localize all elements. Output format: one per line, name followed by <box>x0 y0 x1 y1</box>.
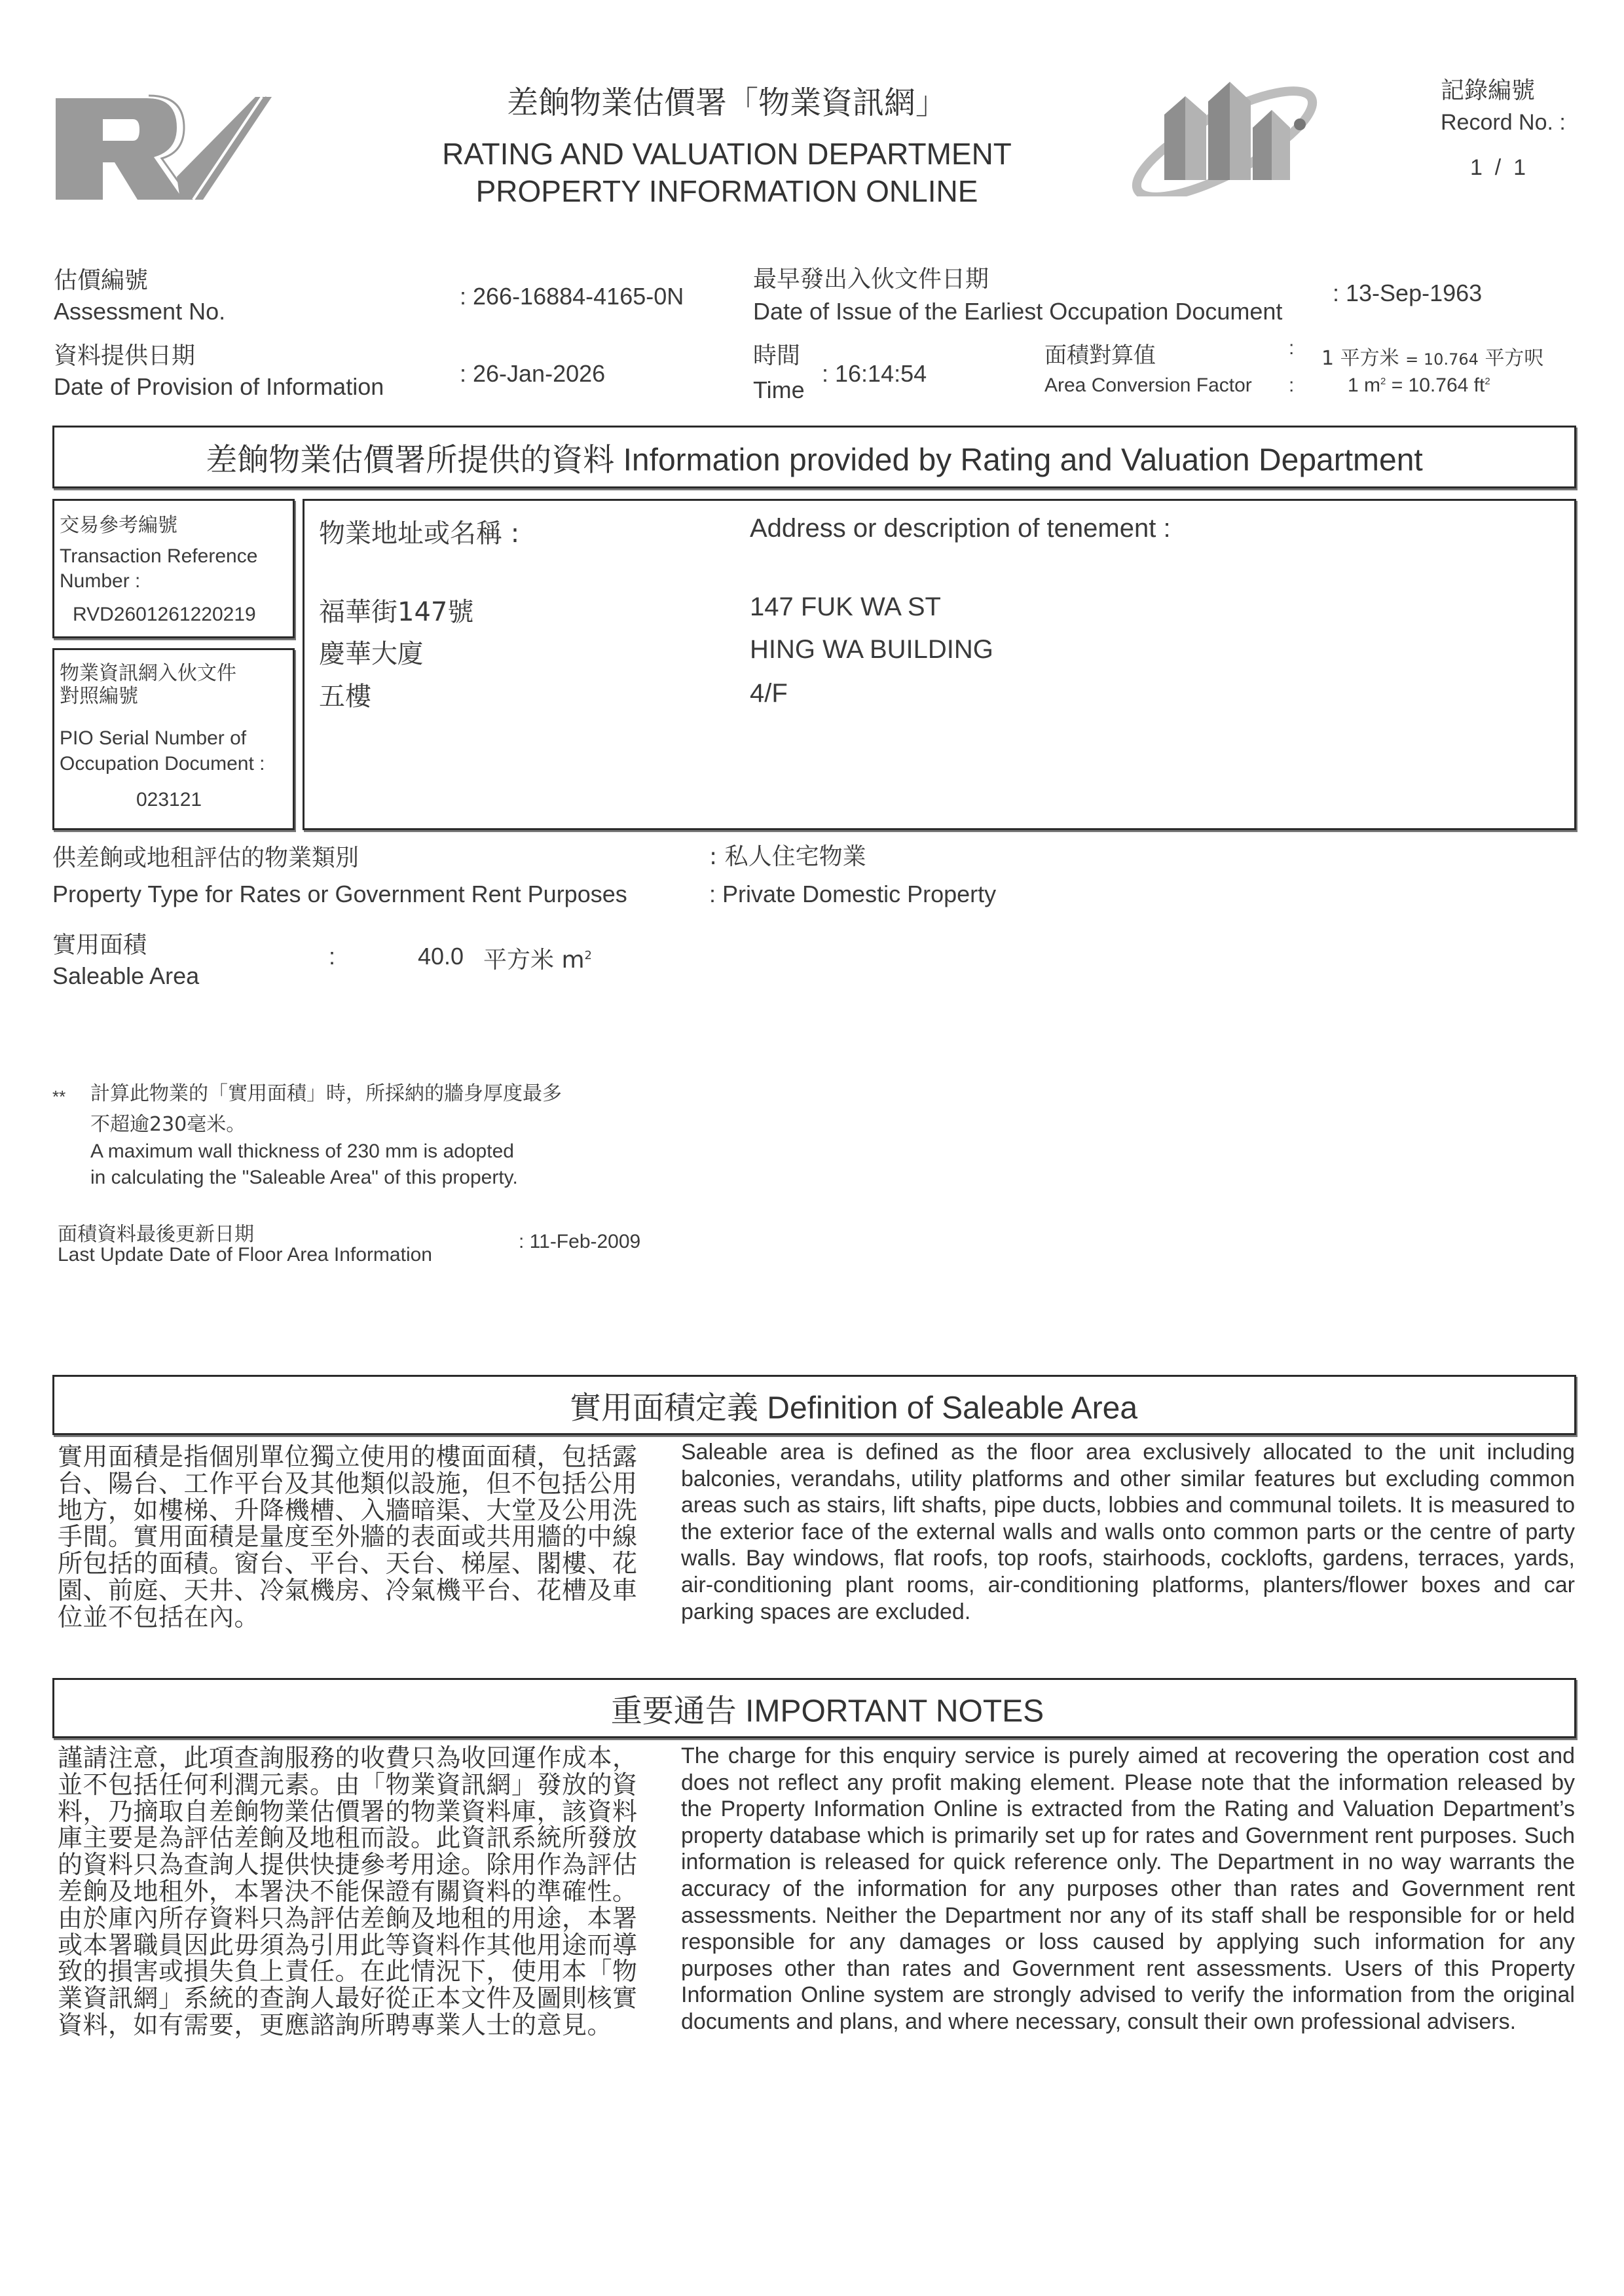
transaction-ref-label-1: Transaction Reference <box>60 545 257 568</box>
property-type-label: Property Type for Rates or Government Re… <box>52 881 627 908</box>
pio-serial-label-cn-2: 對照編號 <box>60 680 138 708</box>
saleable-area-label: Saleable Area <box>52 962 199 990</box>
earliest-occupation-value: : 13-Sep-1963 <box>1333 280 1482 307</box>
assessment-no-label-cn: 估價編號 <box>54 262 148 295</box>
area-conversion-value-cn: 1 平方米 = 10.764 平方呎 <box>1321 342 1543 371</box>
record-label: Record No. : <box>1441 110 1566 136</box>
definition-header: 實用面積定義 Definition of Saleable Area <box>52 1375 1576 1435</box>
area-conversion-value: 1 m2 = 10.764 ft2 <box>1348 374 1490 397</box>
property-type-label-cn: 供差餉或地租評估的物業類別 <box>52 839 359 873</box>
address-label-cn: 物業地址或名稱 : <box>319 513 519 550</box>
title-system: PROPERTY INFORMATION ONLINE <box>341 173 1113 209</box>
important-notes-title: 重要通告 IMPORTANT NOTES <box>54 1686 1574 1731</box>
last-update-value: : 11-Feb-2009 <box>519 1231 640 1253</box>
info-section-header: 差餉物業估價署所提供的資料 Information provided by Ra… <box>52 426 1576 488</box>
pio-serial-label-2: Occupation Document : <box>60 753 265 775</box>
area-conversion-colon-2: : <box>1289 374 1294 397</box>
area-conversion-label-cn: 面積對算值 <box>1044 337 1156 369</box>
last-update-label: Last Update Date of Floor Area Informati… <box>58 1244 432 1266</box>
saleable-area-value: 40.0 <box>418 943 464 970</box>
pio-serial-value: 023121 <box>136 789 202 811</box>
record-label-chinese: 記錄編號 <box>1441 72 1535 105</box>
address-line: HING WA BUILDING <box>750 635 993 665</box>
saleable-area-colon: : <box>329 943 335 970</box>
assessment-no-value: : 266-16884-4165-0N <box>460 283 684 310</box>
date-provision-label-cn: 資料提供日期 <box>54 337 195 371</box>
address-box: 物業地址或名稱 : Address or description of tene… <box>303 499 1576 830</box>
wall-note-en-line2: in calculating the "Saleable Area" of th… <box>90 1167 518 1189</box>
transaction-ref-value: RVD2601261220219 <box>73 604 256 626</box>
property-information-online-logo <box>1126 72 1323 196</box>
last-update-label-cn: 面積資料最後更新日期 <box>58 1218 254 1247</box>
time-value: : 16:14:54 <box>822 360 927 388</box>
time-label-cn: 時間 <box>753 337 800 371</box>
date-provision-value: : 26-Jan-2026 <box>460 360 605 388</box>
address-line-cn: 五樓 <box>319 676 371 713</box>
pio-serial-label-1: PIO Serial Number of <box>60 727 246 750</box>
wall-note-en-line1: A maximum wall thickness of 230 mm is ad… <box>90 1140 514 1163</box>
area-conversion-label: Area Conversion Factor <box>1044 374 1252 397</box>
title-chinese: 差餉物業估價署「物業資訊網」 <box>341 77 1113 122</box>
address-line-cn: 福華街147號 <box>319 591 473 629</box>
saleable-area-label-cn: 實用面積 <box>52 926 147 960</box>
address-line: 147 FUK WA ST <box>750 592 941 622</box>
area-conversion-colon-1: : <box>1289 337 1294 359</box>
definition-text-cn: 實用面積是指個別單位獨立使用的樓面面積，包括露台、陽台、工作平台及其他類似設施，… <box>58 1444 654 1631</box>
definition-text: Saleable area is defined as the floor ar… <box>681 1439 1575 1625</box>
address-line-cn: 慶華大廈 <box>319 633 424 670</box>
transaction-ref-label-2: Number : <box>60 570 140 592</box>
address-label: Address or description of tenement : <box>750 514 1171 543</box>
pio-serial-box: 物業資訊網入伙文件 對照編號 PIO Serial Number of Occu… <box>52 648 295 830</box>
date-provision-label: Date of Provision of Information <box>54 373 384 401</box>
assessment-no-label: Assessment No. <box>54 298 225 325</box>
earliest-occupation-label: Date of Issue of the Earliest Occupation… <box>753 298 1282 325</box>
important-notes-text-cn: 謹請注意，此項查詢服務的收費只為收回運作成本，並不包括任何利潤元素。由「物業資訊… <box>58 1745 654 2039</box>
transaction-ref-box: 交易參考編號 Transaction Reference Number : RV… <box>52 499 295 638</box>
wall-note-cn-line1: 計算此物業的「實用面積」時，所採納的牆身厚度最多 <box>90 1077 562 1106</box>
wall-note-cn-line2: 不超逾230毫米。 <box>90 1108 246 1137</box>
title-department: RATING AND VALUATION DEPARTMENT <box>341 136 1113 172</box>
transaction-ref-label-cn: 交易參考編號 <box>60 509 177 538</box>
record-value: 1 / 1 <box>1470 155 1526 181</box>
important-notes-header: 重要通告 IMPORTANT NOTES <box>52 1678 1576 1738</box>
property-type-value: : Private Domestic Property <box>709 881 996 908</box>
property-type-value-cn: : 私人住宅物業 <box>709 838 866 871</box>
time-label: Time <box>753 376 805 404</box>
wall-note-marker: ** <box>52 1087 65 1107</box>
definition-title: 實用面積定義 Definition of Saleable Area <box>54 1383 1574 1428</box>
info-section-title: 差餉物業估價署所提供的資料 Information provided by Ra… <box>54 435 1574 480</box>
earliest-occupation-label-cn: 最早發出入伙文件日期 <box>753 261 989 294</box>
saleable-area-unit: 平方米 m2 <box>483 941 592 975</box>
important-notes-text: The charge for this enquiry service is p… <box>681 1743 1575 2035</box>
address-line: 4/F <box>750 679 788 708</box>
rv-logo <box>56 85 272 200</box>
